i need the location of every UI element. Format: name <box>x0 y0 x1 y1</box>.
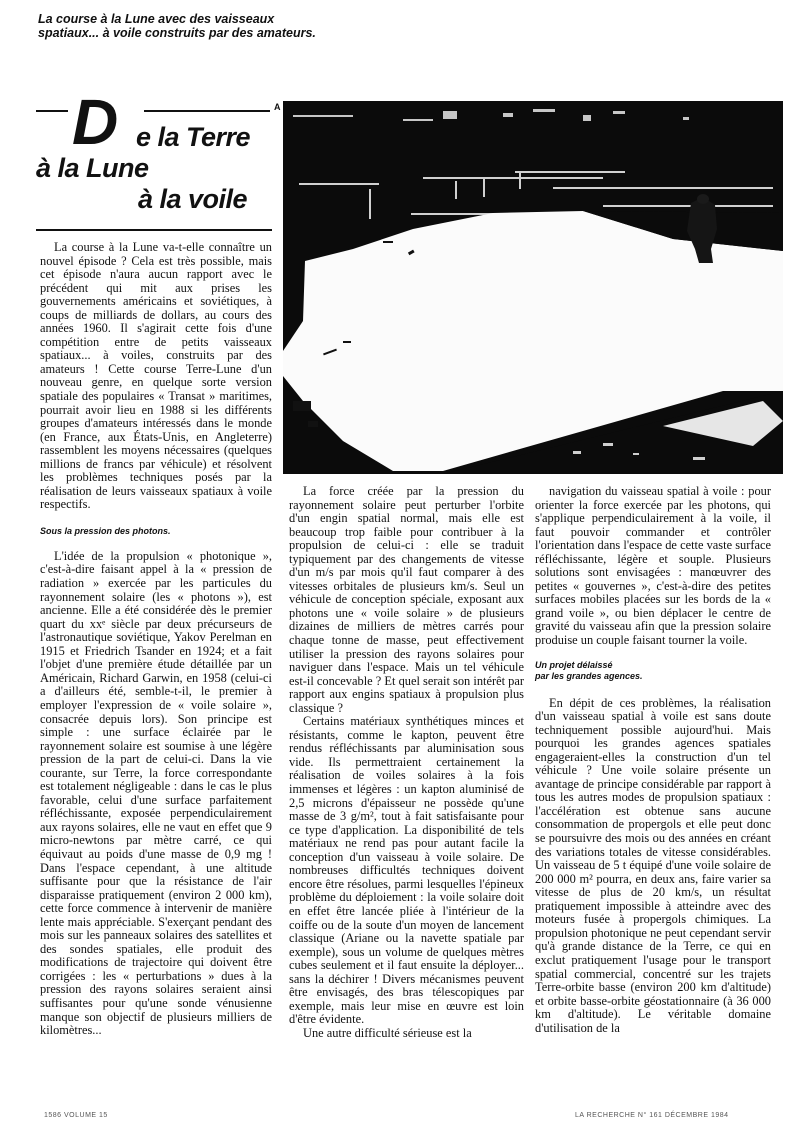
title-drop-letter: D <box>72 90 116 154</box>
solar-sail-photo <box>283 101 783 474</box>
body-paragraph: La force créée par la pression du rayonn… <box>289 485 524 715</box>
title-line-3: à la voile <box>138 185 247 213</box>
body-paragraph: Une autre difficulté sérieuse est la <box>289 1027 524 1041</box>
photo-image <box>283 101 783 474</box>
title-rule-bottom <box>36 229 272 231</box>
footer-journal-issue: LA RECHERCHE N° 161 DÉCEMBRE 1984 <box>575 1112 729 1119</box>
subheading-photon-pressure: Sous la pression des photons. <box>40 526 272 537</box>
column-1: La course à la Lune va-t-elle connaître … <box>40 241 272 1038</box>
subheading-line-2: par les grandes agences. <box>535 671 771 682</box>
title-line-2: à la Lune <box>36 154 149 182</box>
photo-marker: A <box>274 102 281 112</box>
title-rule-top-left <box>36 110 68 112</box>
footer-page-volume: 1586 VOLUME 15 <box>44 1112 108 1119</box>
article-kicker: La course à la Lune avec des vaisseaux s… <box>38 12 398 40</box>
kicker-line-1: La course à la Lune avec des vaisseaux <box>38 12 398 26</box>
column-3: navigation du vaisseau spatial à voile :… <box>535 485 771 1035</box>
body-paragraph: En dépit de ces problèmes, la réalisatio… <box>535 697 771 1036</box>
subheading-line-1: Un projet délaissé <box>535 660 771 671</box>
intro-paragraph: La course à la Lune va-t-elle connaître … <box>40 241 272 512</box>
kicker-line-2: spatiaux... à voile construits par des a… <box>38 26 398 40</box>
title-rule-top-right <box>144 110 270 112</box>
body-paragraph: Certains matériaux synthétiques minces e… <box>289 715 524 1027</box>
body-paragraph: navigation du vaisseau spatial à voile :… <box>535 485 771 648</box>
title-line-1: e la Terre <box>136 123 250 151</box>
article-title: D e la Terre à la Lune à la voile <box>36 96 276 236</box>
column-2: La force créée par la pression du rayonn… <box>289 485 524 1040</box>
body-paragraph: L'idée de la propulsion « photonique », … <box>40 550 272 1038</box>
subheading-agencies: Un projet délaissé par les grandes agenc… <box>535 660 771 682</box>
